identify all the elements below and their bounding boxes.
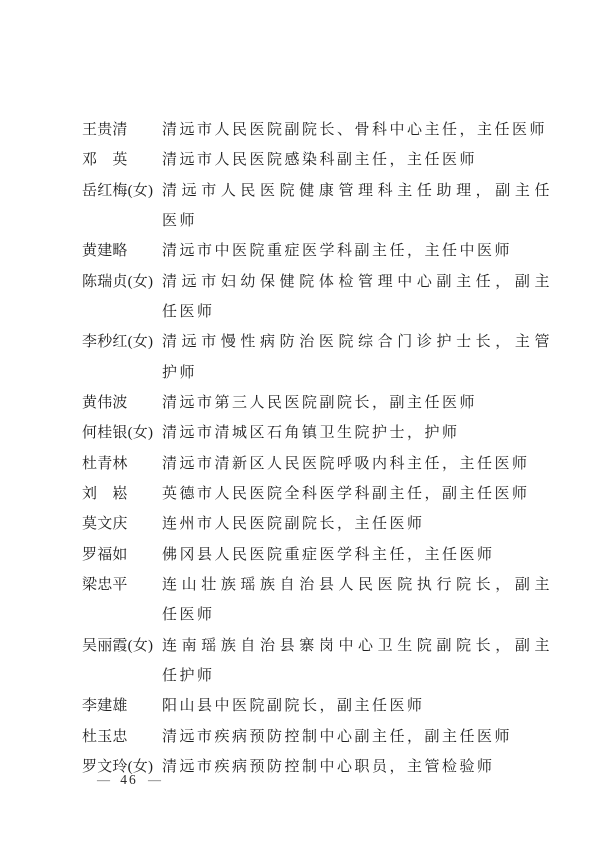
entry-row: 李秒红(女) 清远市慢性病防治医院综合门诊护士长，主管 护师 [82, 327, 560, 388]
title-line: 英德市人民医院全科医学科副主任，副主任医师 [162, 479, 560, 509]
personnel-list: 王贵清 清远市人民医院副院长、骨科中心主任，主任医师 邓 英 清远市人民医院感染… [82, 115, 560, 782]
person-name: 岳红梅(女) [82, 176, 162, 206]
person-title: 清远市疾病预防控制中心职员，主管检验师 [162, 752, 560, 782]
person-title: 清远市疾病预防控制中心副主任，副主任医师 [162, 722, 560, 752]
person-name: 杜玉忠 [82, 722, 162, 752]
title-line: 阳山县中医院副院长，副主任医师 [162, 691, 560, 721]
entry-row: 李建雄 阳山县中医院副院长，副主任医师 [82, 691, 560, 721]
person-name: 莫文庆 [82, 509, 162, 539]
title-line: 连山壮族瑶族自治县人民医院执行院长，副主 [162, 570, 552, 600]
title-line: 清远市第三人民医院副院长，副主任医师 [162, 388, 560, 418]
person-title: 佛冈县人民医院重症医学科主任，主任医师 [162, 540, 560, 570]
person-name: 刘 崧 [82, 479, 162, 509]
title-line: 清远市慢性病防治医院综合门诊护士长，主管 [162, 327, 552, 357]
title-line: 任护师 [162, 661, 560, 691]
entry-row: 刘 崧 英德市人民医院全科医学科副主任，副主任医师 [82, 479, 560, 509]
person-name: 李建雄 [82, 691, 162, 721]
person-title: 连州市人民医院副院长，主任医师 [162, 509, 560, 539]
title-line: 连州市人民医院副院长，主任医师 [162, 509, 560, 539]
title-line: 医师 [162, 206, 560, 236]
page-number-right-dash: — [148, 772, 161, 788]
title-line: 清远市清新区人民医院呼吸内科主任，主任医师 [162, 449, 560, 479]
title-line: 清远市中医院重症医学科副主任，主任中医师 [162, 236, 560, 266]
entry-row: 莫文庆 连州市人民医院副院长，主任医师 [82, 509, 560, 539]
page-number-value: 46 [120, 772, 138, 788]
person-title: 阳山县中医院副院长，副主任医师 [162, 691, 560, 721]
entry-row: 黄建略 清远市中医院重症医学科副主任，主任中医师 [82, 236, 560, 266]
page-number-left-dash: — [97, 772, 110, 788]
person-title: 清远市第三人民医院副院长，副主任医师 [162, 388, 560, 418]
title-line: 任医师 [162, 600, 560, 630]
entry-row: 陈瑞贞(女) 清远市妇幼保健院体检管理中心副主任，副主 任医师 [82, 267, 560, 328]
document-page: 王贵清 清远市人民医院副院长、骨科中心主任，主任医师 邓 英 清远市人民医院感染… [0, 0, 612, 859]
title-line: 清远市疾病预防控制中心副主任，副主任医师 [162, 722, 560, 752]
entry-row: 梁忠平 连山壮族瑶族自治县人民医院执行院长，副主 任医师 [82, 570, 560, 631]
entry-row: 黄伟波 清远市第三人民医院副院长，副主任医师 [82, 388, 560, 418]
person-name: 杜青林 [82, 449, 162, 479]
person-title: 清远市清城区石角镇卫生院护士，护师 [162, 418, 560, 448]
entry-row: 岳红梅(女) 清远市人民医院健康管理科主任助理，副主任 医师 [82, 176, 560, 237]
entry-row: 何桂银(女) 清远市清城区石角镇卫生院护士，护师 [82, 418, 560, 448]
entry-row: 杜青林 清远市清新区人民医院呼吸内科主任，主任医师 [82, 449, 560, 479]
title-line: 清远市人民医院副院长、骨科中心主任，主任医师 [162, 115, 560, 145]
title-line: 护师 [162, 358, 560, 388]
person-title: 清远市人民医院副院长、骨科中心主任，主任医师 [162, 115, 560, 145]
entry-row: 邓 英 清远市人民医院感染科副主任，主任医师 [82, 145, 560, 175]
person-title: 清远市人民医院感染科副主任，主任医师 [162, 145, 560, 175]
person-name: 邓 英 [82, 145, 162, 175]
title-line: 连南瑶族自治县寨岗中心卫生院副院长，副主 [162, 631, 552, 661]
person-title: 清远市中医院重症医学科副主任，主任中医师 [162, 236, 560, 266]
person-title: 清远市慢性病防治医院综合门诊护士长，主管 护师 [162, 327, 560, 388]
person-title: 清远市清新区人民医院呼吸内科主任，主任医师 [162, 449, 560, 479]
person-name: 梁忠平 [82, 570, 162, 600]
person-name: 陈瑞贞(女) [82, 267, 162, 297]
entry-row: 王贵清 清远市人民医院副院长、骨科中心主任，主任医师 [82, 115, 560, 145]
person-title: 英德市人民医院全科医学科副主任，副主任医师 [162, 479, 560, 509]
title-line: 清远市妇幼保健院体检管理中心副主任，副主 [162, 267, 552, 297]
entry-row: 吴丽霞(女) 连南瑶族自治县寨岗中心卫生院副院长，副主 任护师 [82, 631, 560, 692]
person-name: 罗福如 [82, 540, 162, 570]
title-line: 清远市疾病预防控制中心职员，主管检验师 [162, 752, 560, 782]
person-name: 李秒红(女) [82, 327, 162, 357]
title-line: 清远市清城区石角镇卫生院护士，护师 [162, 418, 560, 448]
person-title: 清远市妇幼保健院体检管理中心副主任，副主 任医师 [162, 267, 560, 328]
title-line: 佛冈县人民医院重症医学科主任，主任医师 [162, 540, 560, 570]
person-name: 何桂银(女) [82, 418, 162, 448]
title-line: 清远市人民医院健康管理科主任助理，副主任 [162, 176, 552, 206]
person-title: 连山壮族瑶族自治县人民医院执行院长，副主 任医师 [162, 570, 560, 631]
entry-row: 杜玉忠 清远市疾病预防控制中心副主任，副主任医师 [82, 722, 560, 752]
title-line: 任医师 [162, 297, 560, 327]
person-name: 黄伟波 [82, 388, 162, 418]
person-name: 吴丽霞(女) [82, 631, 162, 661]
entry-row: 罗福如 佛冈县人民医院重症医学科主任，主任医师 [82, 540, 560, 570]
person-title: 连南瑶族自治县寨岗中心卫生院副院长，副主 任护师 [162, 631, 560, 692]
person-title: 清远市人民医院健康管理科主任助理，副主任 医师 [162, 176, 560, 237]
person-name: 黄建略 [82, 236, 162, 266]
person-name: 王贵清 [82, 115, 162, 145]
page-number: — 46 — [97, 772, 161, 788]
title-line: 清远市人民医院感染科副主任，主任医师 [162, 145, 560, 175]
